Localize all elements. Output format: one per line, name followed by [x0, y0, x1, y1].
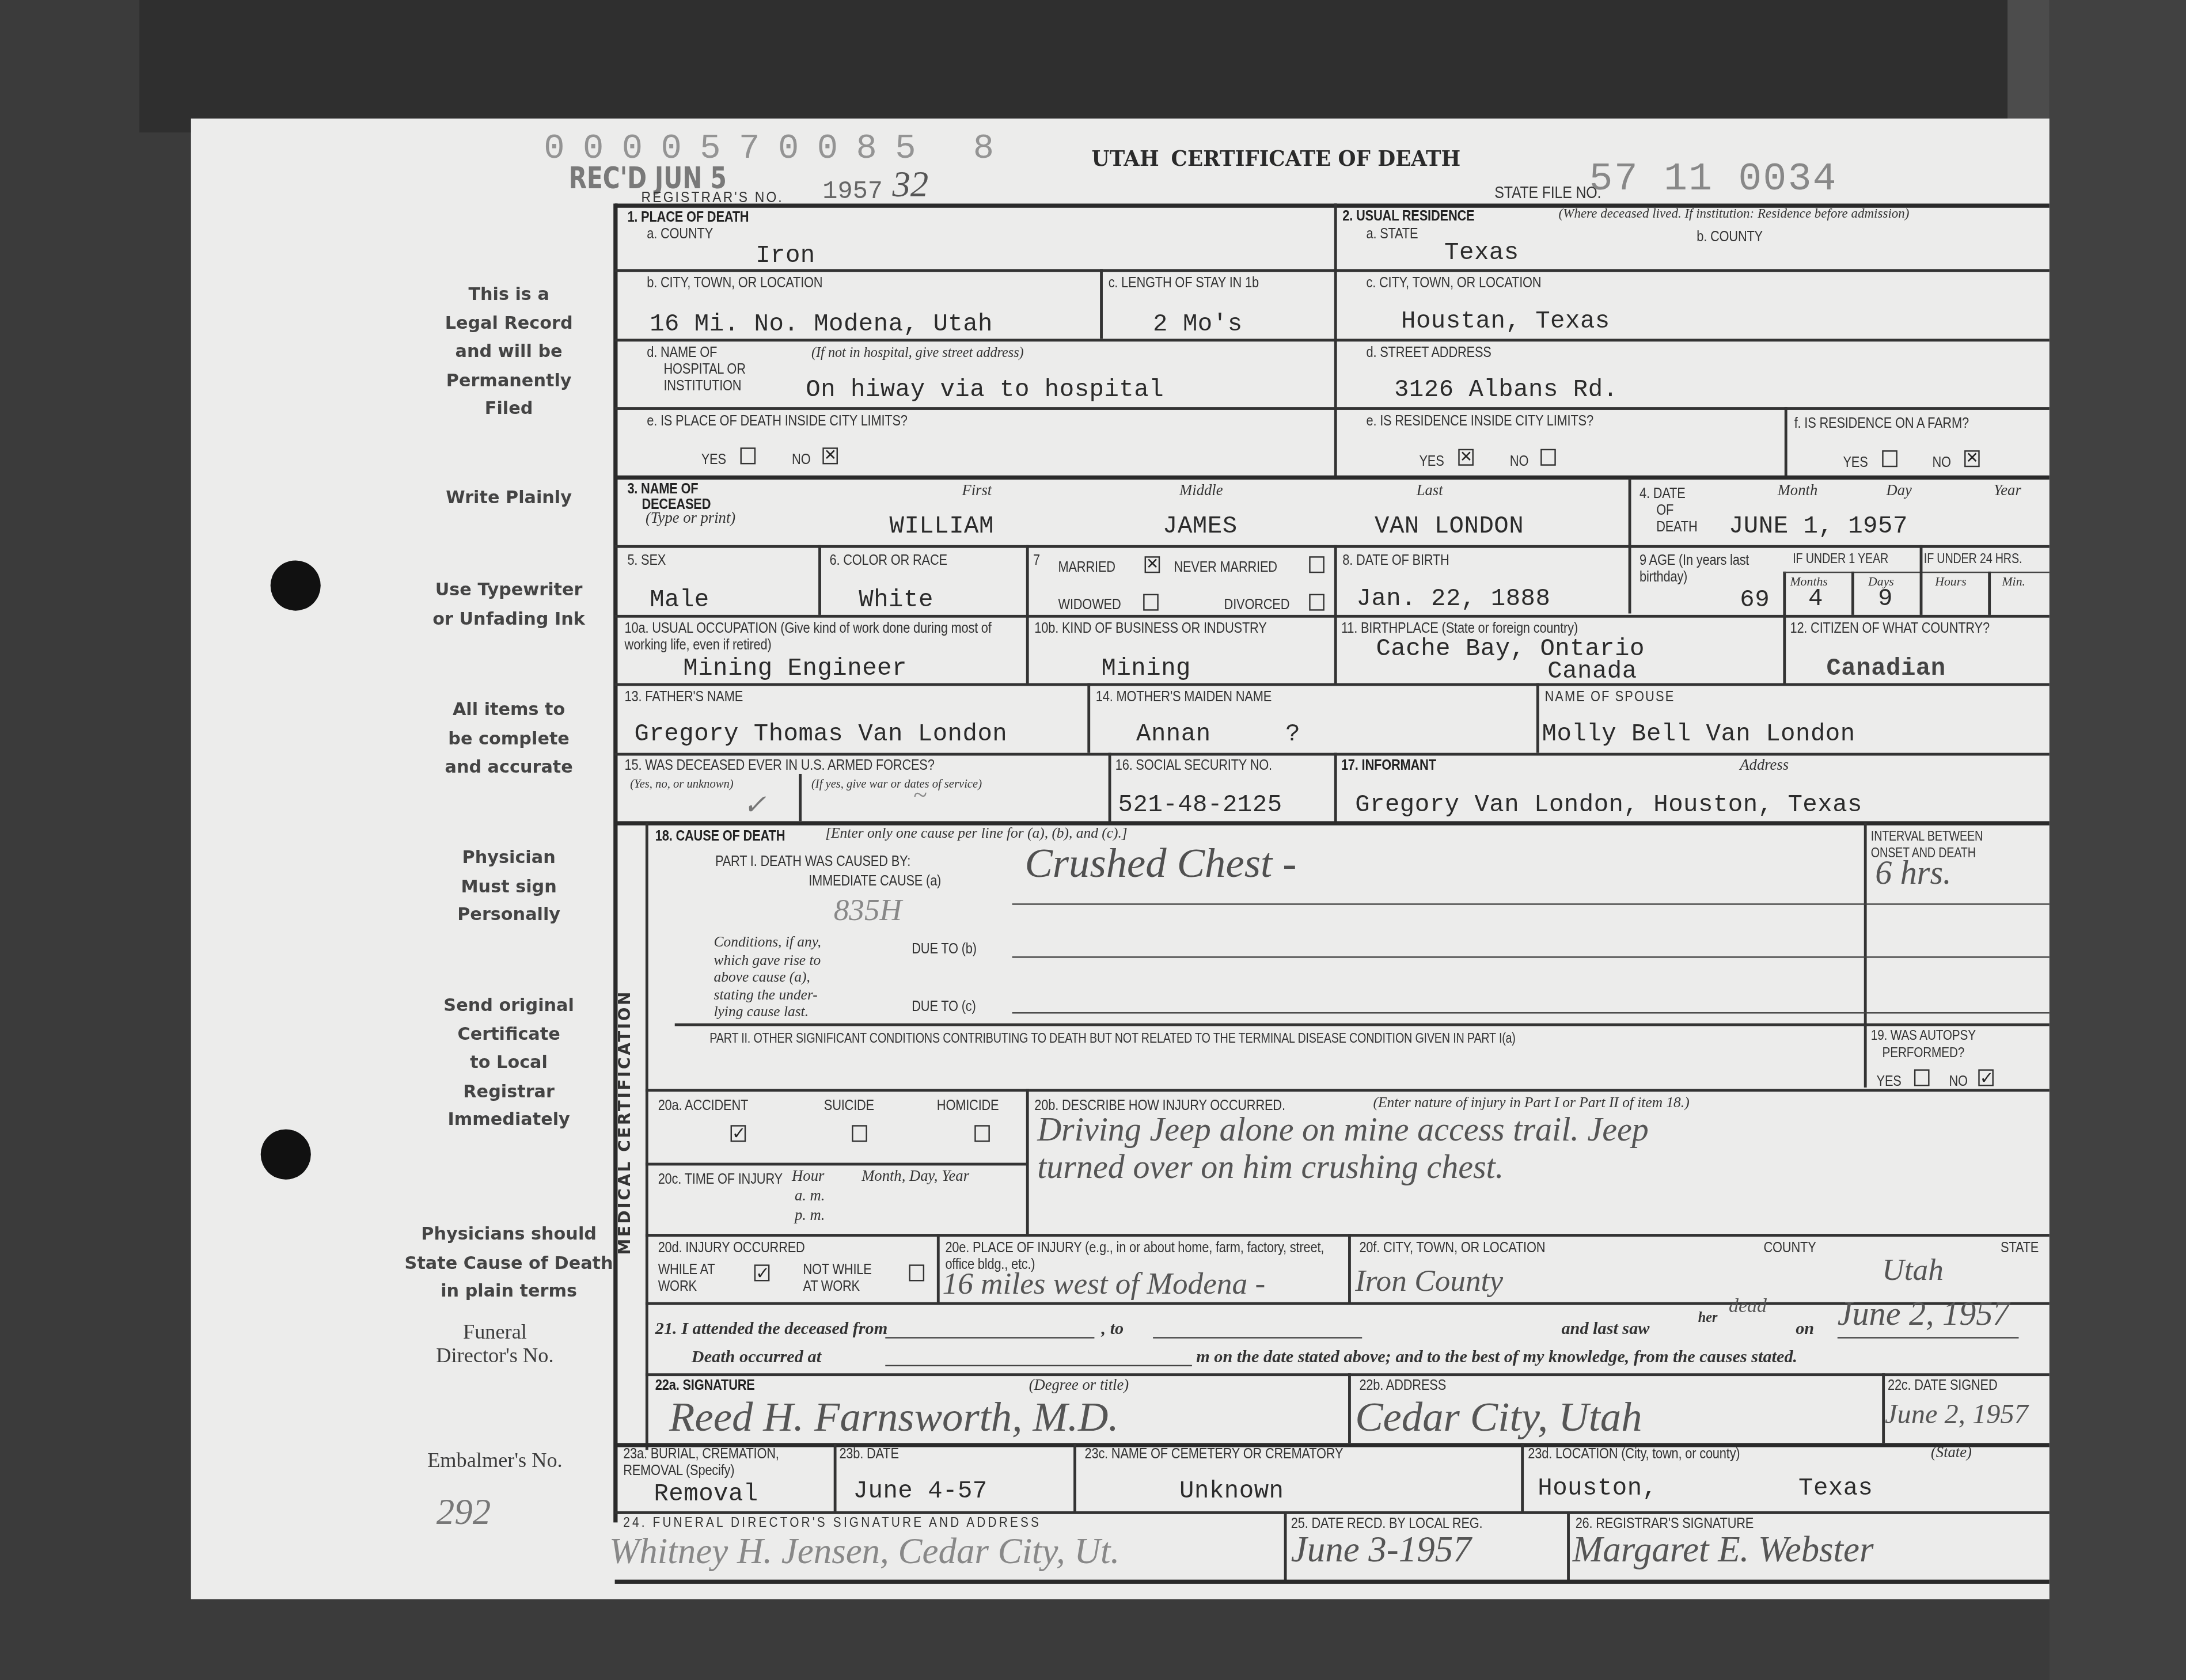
first-name-value: WILLIAM: [890, 513, 994, 541]
suicide-checkbox[interactable]: [852, 1125, 867, 1142]
accident-label: 20a. ACCIDENT: [658, 1097, 748, 1114]
divider: [1536, 683, 1539, 753]
sex-label: 5. SEX: [627, 552, 666, 569]
funeral-director-no-label: FuneralDirector's No.: [377, 1322, 614, 1369]
divider: [615, 683, 2050, 686]
divorced-label: DIVORCED: [1224, 596, 1290, 613]
divider: [615, 1511, 2050, 1514]
middle-name-value: JAMES: [1163, 513, 1238, 541]
cause-c-line: [1012, 1012, 2050, 1013]
yes-label: YES: [1877, 1074, 1902, 1090]
attended-from-line: [885, 1337, 1094, 1338]
under-1-year-label: IF UNDER 1 YEAR: [1793, 552, 1888, 568]
min-label: Min.: [2002, 575, 2025, 588]
yes-label: YES: [701, 452, 726, 469]
divider: [1882, 1373, 1884, 1443]
cause-hint: [Enter only one cause per line for (a), …: [825, 827, 1128, 842]
divider: [646, 1163, 1027, 1166]
physician-address-label: 22b. ADDRESS: [1359, 1378, 1446, 1394]
armed-forces-label: 15. WAS DECEASED EVER IN U.S. ARMED FORC…: [625, 757, 935, 774]
divider: [675, 1023, 2050, 1026]
divider: [615, 339, 2050, 341]
farm-yes-checkbox[interactable]: [1882, 450, 1897, 467]
time-of-injury-label: 20c. TIME OF INJURY: [658, 1171, 783, 1188]
divider: [1567, 1511, 1569, 1581]
armed-dash-mark: ~: [913, 781, 927, 810]
suicide-label: SUICIDE: [824, 1097, 874, 1114]
cemetery-value: Unknown: [1179, 1478, 1284, 1506]
sidebar-note-complete: All items tobe completeand accurate: [390, 695, 628, 781]
date-of-death-label: 4. DATEOFDEATH: [1639, 485, 1698, 535]
age-label: 9 AGE (In years last birthday): [1639, 552, 1766, 586]
occupation-value: Mining Engineer: [683, 655, 907, 683]
divider: [615, 407, 2050, 410]
months-value: 4: [1808, 586, 1823, 613]
registrar-signature: Margaret E. Webster: [1573, 1529, 1874, 1571]
cause-of-death-label: 18. CAUSE OF DEATH: [655, 828, 785, 845]
city-label: b. CITY, TOWN, OR LOCATION: [647, 275, 822, 291]
dead-alive-text: dead: [1729, 1297, 1767, 1319]
death-occurred-line: [885, 1365, 1192, 1366]
divider: [646, 823, 648, 1450]
usual-residence-hint: (Where deceased lived. If institution: R…: [1559, 208, 1910, 222]
farm-label: f. IS RESIDENCE ON A FARM?: [1794, 416, 1969, 432]
injury-city-label: 20f. CITY, TOWN, OR LOCATION: [1359, 1240, 1545, 1256]
usual-residence-label: 2. USUAL RESIDENCE: [1342, 208, 1474, 225]
cause-a-line: [1012, 903, 2050, 904]
pm-label: p. m.: [795, 1207, 825, 1224]
describe-injury-hint: (Enter nature of injury in Part I or Par…: [1373, 1096, 1690, 1111]
residence-state-value: Texas: [1444, 240, 1519, 268]
background-right: [2050, 0, 2186, 1680]
state-file-label: STATE FILE NO.: [1494, 183, 1601, 202]
divider: [937, 1234, 939, 1303]
mother-label: 14. MOTHER'S MAIDEN NAME: [1096, 689, 1272, 705]
divider: [1100, 269, 1102, 339]
dob-label: 8. DATE OF BIRTH: [1342, 552, 1449, 569]
under-24-hrs-label: IF UNDER 24 HRS.: [1924, 552, 2022, 568]
divider: [615, 615, 2050, 618]
armed-check-mark-icon: ✓: [743, 788, 766, 823]
burial-date-value: June 4-57: [853, 1478, 988, 1506]
informant-address-label: Address: [1740, 757, 1789, 774]
divider: [615, 545, 2050, 548]
divider: [1334, 269, 2050, 272]
citizen-label: 12. CITIZEN OF WHAT COUNTRY?: [1790, 621, 1989, 637]
divider: [834, 1443, 836, 1512]
attended-from-text: 21. I attended the deceased from: [655, 1319, 887, 1340]
last-name-label: Last: [1417, 482, 1443, 499]
accident-checkbox[interactable]: ✓: [731, 1125, 746, 1142]
death-occurred-rest: m on the date stated above; and to the b…: [1196, 1347, 1797, 1367]
hospital-label: d. NAME OFHOSPITAL ORINSTITUTION: [647, 344, 745, 394]
father-label: 13. FATHER'S NAME: [625, 689, 743, 705]
no-label: NO: [1510, 453, 1528, 470]
citizen-value: Canadian: [1826, 655, 1945, 683]
date-signed-label: 22c. DATE SIGNED: [1888, 1378, 1998, 1394]
residence-city-limits-label: e. IS RESIDENCE INSIDE CITY LIMITS?: [1367, 413, 1593, 429]
armed-hint-1: (Yes, no, or unknown): [630, 777, 733, 790]
autopsy-label: 19. WAS AUTOPSYPERFORMED?: [1871, 1029, 1976, 1062]
describe-injury-label: 20b. DESCRIBE HOW INJURY OCCURRED.: [1034, 1097, 1285, 1114]
death-city-limits-no-checkbox[interactable]: ✕: [822, 447, 838, 464]
death-county-value: Iron: [756, 242, 815, 270]
place-of-death-label: 1. PLACE OF DEATH: [627, 209, 749, 226]
attended-to-text: , to: [1102, 1319, 1124, 1340]
page-title: CERTIFICATE OF DEATH: [1171, 145, 1461, 172]
background-strip: [2007, 0, 2050, 134]
sidebar-note-typewriter: Use Typewriteror Unfading Ink: [390, 576, 628, 633]
residence-city-limits-no-checkbox[interactable]: [1540, 449, 1556, 466]
month-label: Month: [1778, 482, 1818, 499]
sidebar-note-write: Write Plainly: [390, 484, 628, 512]
punch-hole-icon: [261, 1129, 311, 1179]
divider: [1348, 1373, 1350, 1443]
never-married-checkbox[interactable]: [1309, 556, 1324, 573]
married-checkbox[interactable]: ✕: [1145, 556, 1160, 573]
street-label: d. STREET ADDRESS: [1367, 344, 1492, 361]
on-text: on: [1796, 1319, 1814, 1340]
divider: [1334, 753, 1337, 823]
dob-value: Jan. 22, 1888: [1357, 586, 1551, 613]
divider: [646, 1234, 2050, 1237]
month-day-year-label: Month, Day, Year: [862, 1168, 969, 1185]
part2-label: PART II. OTHER SIGNIFICANT CONDITIONS CO…: [709, 1032, 1515, 1047]
type-or-print-hint: (Type or print): [646, 510, 735, 527]
divider: [646, 1373, 2050, 1376]
mother-value: Annan ?: [1136, 721, 1300, 748]
stay-value: 2 Mo's: [1153, 311, 1242, 339]
embalmer-no: 292: [437, 1492, 491, 1534]
date-recd-value: June 3-1957: [1291, 1529, 1471, 1571]
describe-line-1: Driving Jeep alone on mine access trail.…: [1037, 1112, 1649, 1150]
physician-signature: Reed H. Farnsworth, M.D.: [669, 1394, 1119, 1442]
divider: [615, 821, 2050, 825]
sidebar-note-plain-terms: Physicians shouldState Cause of Deathin …: [390, 1220, 628, 1306]
divider: [1988, 572, 1990, 615]
divider: [1109, 753, 1111, 823]
residence-city-value: Houstan, Texas: [1401, 308, 1610, 336]
city-limits-label: e. IS PLACE OF DEATH INSIDE CITY LIMITS?: [647, 413, 908, 429]
divider: [646, 1089, 2050, 1092]
divider: [1521, 1443, 1523, 1512]
spouse-label: NAME OF SPOUSE: [1544, 689, 1675, 705]
form-border-top: [615, 204, 2050, 208]
day-label: Day: [1887, 482, 1912, 499]
ssn-value: 521-48-2125: [1118, 792, 1282, 819]
divider: [1783, 572, 1785, 685]
residence-city-limits-yes-checkbox[interactable]: ✕: [1458, 449, 1474, 466]
residence-state-label: a. STATE: [1367, 226, 1418, 242]
place-of-injury-value: 16 miles west of Modena -: [943, 1266, 1266, 1302]
residence-county-label: b. COUNTY: [1697, 229, 1763, 245]
attended-to-line: [1153, 1337, 1362, 1338]
cause-b-line: [1012, 956, 2050, 957]
due-to-b-label: DUE TO (b): [912, 941, 977, 958]
last-saw-text: and last saw: [1561, 1319, 1649, 1340]
not-while-at-work-label: NOT WHILE AT WORK: [803, 1262, 887, 1295]
widowed-label: WIDOWED: [1058, 596, 1121, 613]
burial-state-label: (State): [1931, 1445, 1972, 1461]
sidebar-note-physician: PhysicianMust signPersonally: [390, 843, 628, 929]
last-saw-date: June 2, 1957: [1838, 1297, 2010, 1334]
farm-no-checkbox[interactable]: ✕: [1964, 450, 1980, 467]
injury-county-value: Iron County: [1355, 1263, 1503, 1299]
divider: [1783, 572, 2049, 573]
degree-label: (Degree or title): [1029, 1378, 1129, 1394]
occupation-label: 10a. USUAL OCCUPATION (Give kind of work…: [625, 621, 1033, 654]
race-label: 6. COLOR OR RACE: [829, 552, 947, 569]
sidebar-note-legal: This is aLegal Recordand will bePermanen…: [390, 280, 628, 423]
divider: [818, 545, 821, 615]
date-signed-value: June 2, 1957: [1885, 1400, 2028, 1432]
autopsy-no-checkbox[interactable]: ✓: [1978, 1069, 1994, 1086]
race-value: White: [859, 587, 933, 614]
background-sheet: [139, 0, 2007, 132]
divider: [1851, 572, 1854, 615]
burial-value: Removal: [654, 1481, 758, 1508]
hospital-hint: (If not in hospital, give street address…: [811, 346, 1024, 362]
registrar-no: 1957: [822, 178, 883, 206]
yes-label: YES: [1843, 454, 1868, 471]
homicide-checkbox[interactable]: [974, 1125, 990, 1142]
industry-value: Mining: [1102, 655, 1191, 683]
cause-code: 835H: [834, 892, 902, 929]
while-at-work-label: WHILE AT WORK: [658, 1262, 730, 1295]
divider: [1073, 1443, 1076, 1512]
embalmer-no-label: Embalmer's No.: [377, 1450, 614, 1473]
injury-occurred-label: 20d. INJURY OCCURRED: [658, 1240, 805, 1256]
divider: [1087, 683, 1090, 753]
last-saw-line: [1838, 1337, 2019, 1338]
scan-stage: 0000570085 8 REC'D JUN 5 REGISTRAR'S NO.…: [0, 0, 2186, 1680]
death-occurred-text: Death occurred at: [692, 1347, 821, 1367]
describe-line-2: turned over on him crushing chest.: [1037, 1150, 1504, 1188]
medical-certification-label: MEDICAL CERTIFICATION: [615, 990, 635, 1255]
injury-state-label: STATE: [2001, 1240, 2039, 1256]
days-value: 9: [1878, 586, 1893, 613]
widowed-checkbox[interactable]: [1143, 594, 1159, 611]
death-city-value: 16 Mi. No. Modena, Utah: [650, 311, 993, 339]
no-label: NO: [1949, 1074, 1967, 1090]
homicide-label: HOMICIDE: [937, 1097, 999, 1114]
registrar-no-hand: 32: [892, 165, 928, 207]
part1-label: PART I. DEATH WAS CAUSED BY:: [715, 853, 910, 870]
divider: [615, 753, 2050, 756]
signature-label: 22a. SIGNATURE: [655, 1378, 755, 1394]
marital-label: 7: [1033, 552, 1040, 569]
last-name-value: VAN LONDON: [1375, 513, 1524, 541]
funeral-director-label: 24. FUNERAL DIRECTOR'S SIGNATURE AND ADD…: [623, 1515, 1041, 1531]
yes-label: YES: [1419, 453, 1444, 470]
am-label: a. m.: [795, 1188, 825, 1204]
sex-value: Male: [650, 587, 709, 614]
divider: [1284, 1511, 1286, 1581]
spouse-value: Molly Bell Van London: [1542, 721, 1855, 748]
divider: [615, 269, 1336, 272]
not-while-at-work-checkbox[interactable]: [909, 1264, 924, 1281]
immediate-cause-value: Crushed Chest -: [1024, 841, 1296, 888]
burial-location-state: Texas: [1798, 1475, 1873, 1503]
burial-location-city: Houston,: [1538, 1475, 1657, 1503]
county-label: a. COUNTY: [647, 226, 713, 242]
burial-date-label: 23b. DATE: [839, 1446, 898, 1462]
armed-hint-2: (If yes, give war or dates of service): [811, 777, 982, 790]
injury-state-value: Utah: [1882, 1252, 1944, 1288]
divider: [1785, 407, 1787, 477]
form-border-bottom: [615, 1580, 2050, 1584]
married-label: MARRIED: [1058, 559, 1115, 576]
informant-value: Gregory Van London, Houston, Texas: [1355, 792, 1862, 819]
divider: [1026, 1089, 1029, 1235]
autopsy-yes-checkbox[interactable]: [1914, 1069, 1930, 1086]
state-file-no: 57 11 0034: [1589, 159, 1838, 202]
street-value: 3126 Albans Rd.: [1394, 377, 1618, 404]
divider: [799, 774, 801, 821]
cemetery-label: 23c. NAME OF CEMETERY OR CREMATORY: [1084, 1446, 1343, 1462]
no-label: NO: [792, 452, 810, 469]
residence-city-label: c. CITY, TOWN, OR LOCATION: [1367, 275, 1542, 291]
name-of-deceased-label: 3. NAME OFDECEASED: [627, 482, 711, 513]
hour-label: Hour: [792, 1168, 824, 1185]
hours-label: Hours: [1935, 575, 1967, 588]
divider: [615, 476, 2050, 480]
birthplace-line2: Canada: [1547, 658, 1637, 686]
divider: [1864, 823, 1866, 1088]
year-label: Year: [1994, 482, 2021, 499]
while-at-work-checkbox[interactable]: ✓: [754, 1264, 770, 1281]
due-to-c-label: DUE TO (c): [912, 998, 976, 1015]
birthplace-label: 11. BIRTHPLACE (State or foreign country…: [1341, 621, 1578, 637]
no-label: NO: [1932, 454, 1950, 471]
burial-label: 23a. BURIAL, CREMATION, REMOVAL (Specify…: [623, 1446, 809, 1479]
conditions-text: Conditions, if any,which gave rise toabo…: [714, 936, 821, 1023]
injury-county-label: COUNTY: [1763, 1240, 1816, 1256]
divider: [1920, 545, 1922, 615]
age-value: 69: [1740, 587, 1770, 614]
her-him-text: her: [1698, 1310, 1718, 1326]
immediate-cause-label: IMMEDIATE CAUSE (a): [809, 873, 941, 890]
never-married-label: NEVER MARRIED: [1174, 559, 1277, 576]
physician-address: Cedar City, Utah: [1355, 1394, 1642, 1442]
informant-label: 17. INFORMANT: [1341, 757, 1436, 774]
stay-label: c. LENGTH OF STAY IN 1b: [1109, 275, 1259, 291]
title-state: UTAH: [1092, 145, 1159, 172]
first-name-label: First: [962, 482, 992, 499]
interval-value: 6 hrs.: [1875, 856, 1951, 894]
industry-label: 10b. KIND OF BUSINESS OR INDUSTRY: [1034, 621, 1266, 637]
father-value: Gregory Thomas Van London: [635, 721, 1008, 748]
ssn-label: 16. SOCIAL SECURITY NO.: [1115, 757, 1272, 774]
funeral-director-signature: Whitney H. Jensen, Cedar City, Ut.: [609, 1531, 1119, 1573]
burial-location-label: 23d. LOCATION (City, town, or county): [1528, 1446, 1740, 1462]
middle-name-label: Middle: [1179, 482, 1223, 499]
date-of-death-value: JUNE 1, 1957: [1729, 513, 1908, 541]
hospital-value: On hiway via to hospital: [806, 377, 1164, 404]
death-city-limits-yes-checkbox[interactable]: [741, 447, 756, 464]
sidebar-note-send: Send originalCertificateto LocalRegistra…: [390, 991, 628, 1134]
divorced-checkbox[interactable]: [1309, 594, 1324, 611]
punch-hole-icon: [271, 560, 321, 610]
divider: [1348, 1234, 1350, 1303]
